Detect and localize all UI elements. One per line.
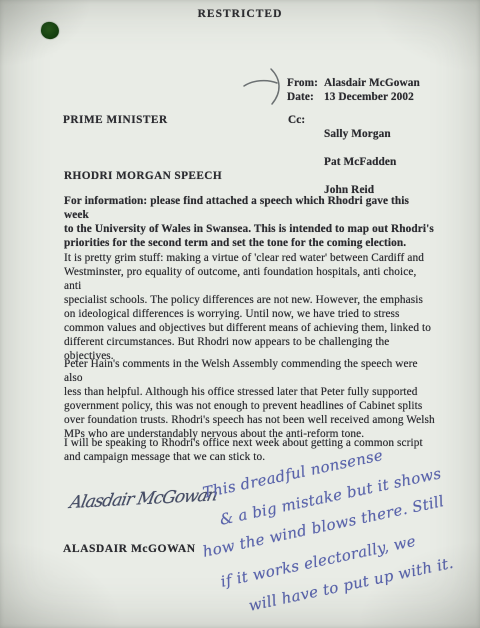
date-value: 13 December 2002 (324, 90, 414, 104)
paragraph-for-information: For information: please find attached a … (64, 194, 436, 250)
memo-page: RESTRICTED From: Alasdair McGowan Date: … (0, 0, 480, 628)
date-label: Date: (287, 90, 314, 104)
signatory-name: ALASDAIR McGOWAN (63, 542, 196, 556)
cc-label: Cc: (288, 113, 305, 127)
handwritten-tick-mark (240, 64, 294, 110)
subject-line: RHODRI MORGAN SPEECH (64, 169, 222, 183)
from-label: From: (287, 76, 318, 90)
cc-name: Sally Morgan (324, 127, 396, 141)
from-value: Alasdair McGowan (324, 76, 420, 90)
green-ink-dot (40, 21, 60, 41)
paragraph-peter-hain: Peter Hain's comments in the Welsh Assem… (64, 357, 436, 441)
addressee: PRIME MINISTER (63, 113, 168, 127)
classification-header: RESTRICTED (0, 7, 480, 21)
paragraph-grim-stuff: It is pretty grim stuff: making a virtue… (64, 251, 436, 363)
cc-name: Pat McFadden (324, 155, 396, 169)
handwritten-signature: Alasdair McGowan (68, 485, 219, 513)
